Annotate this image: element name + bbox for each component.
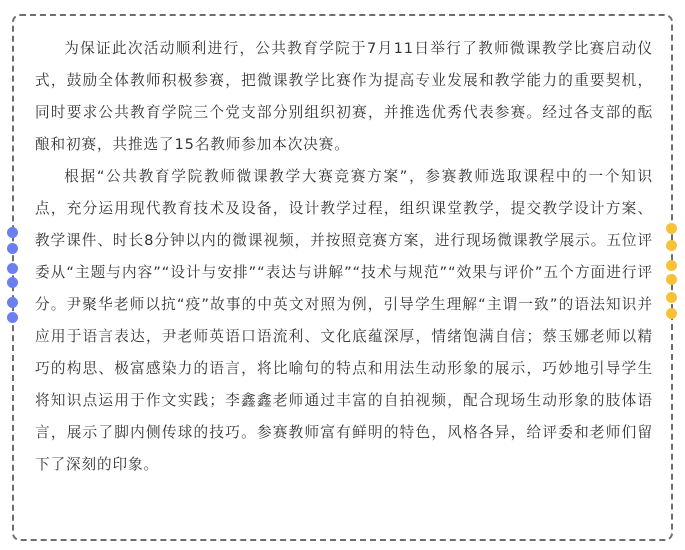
dot-icon [7,263,18,274]
dot-icon [7,243,18,254]
dot-icon [7,297,18,308]
article-body: 为保证此次活动顺利进行，公共教育学院于7月11日举行了教师微课教学比赛启动仪式，… [35,33,653,481]
dot-icon [666,274,677,285]
paragraph: 为保证此次活动顺利进行，公共教育学院于7月11日举行了教师微课教学比赛启动仪式，… [35,33,653,161]
dot-icon [666,223,677,234]
dot-icon [7,277,18,288]
dot-icon [7,227,18,238]
dot-icon [666,308,677,319]
dot-icon [666,292,677,303]
dot-icon [7,312,18,323]
dot-icon [666,240,677,251]
dot-icon [666,260,677,271]
paragraph: 根据“公共教育学院教师微课教学大赛竞赛方案”，参赛教师选取课程中的一个知识点，充… [35,161,653,481]
